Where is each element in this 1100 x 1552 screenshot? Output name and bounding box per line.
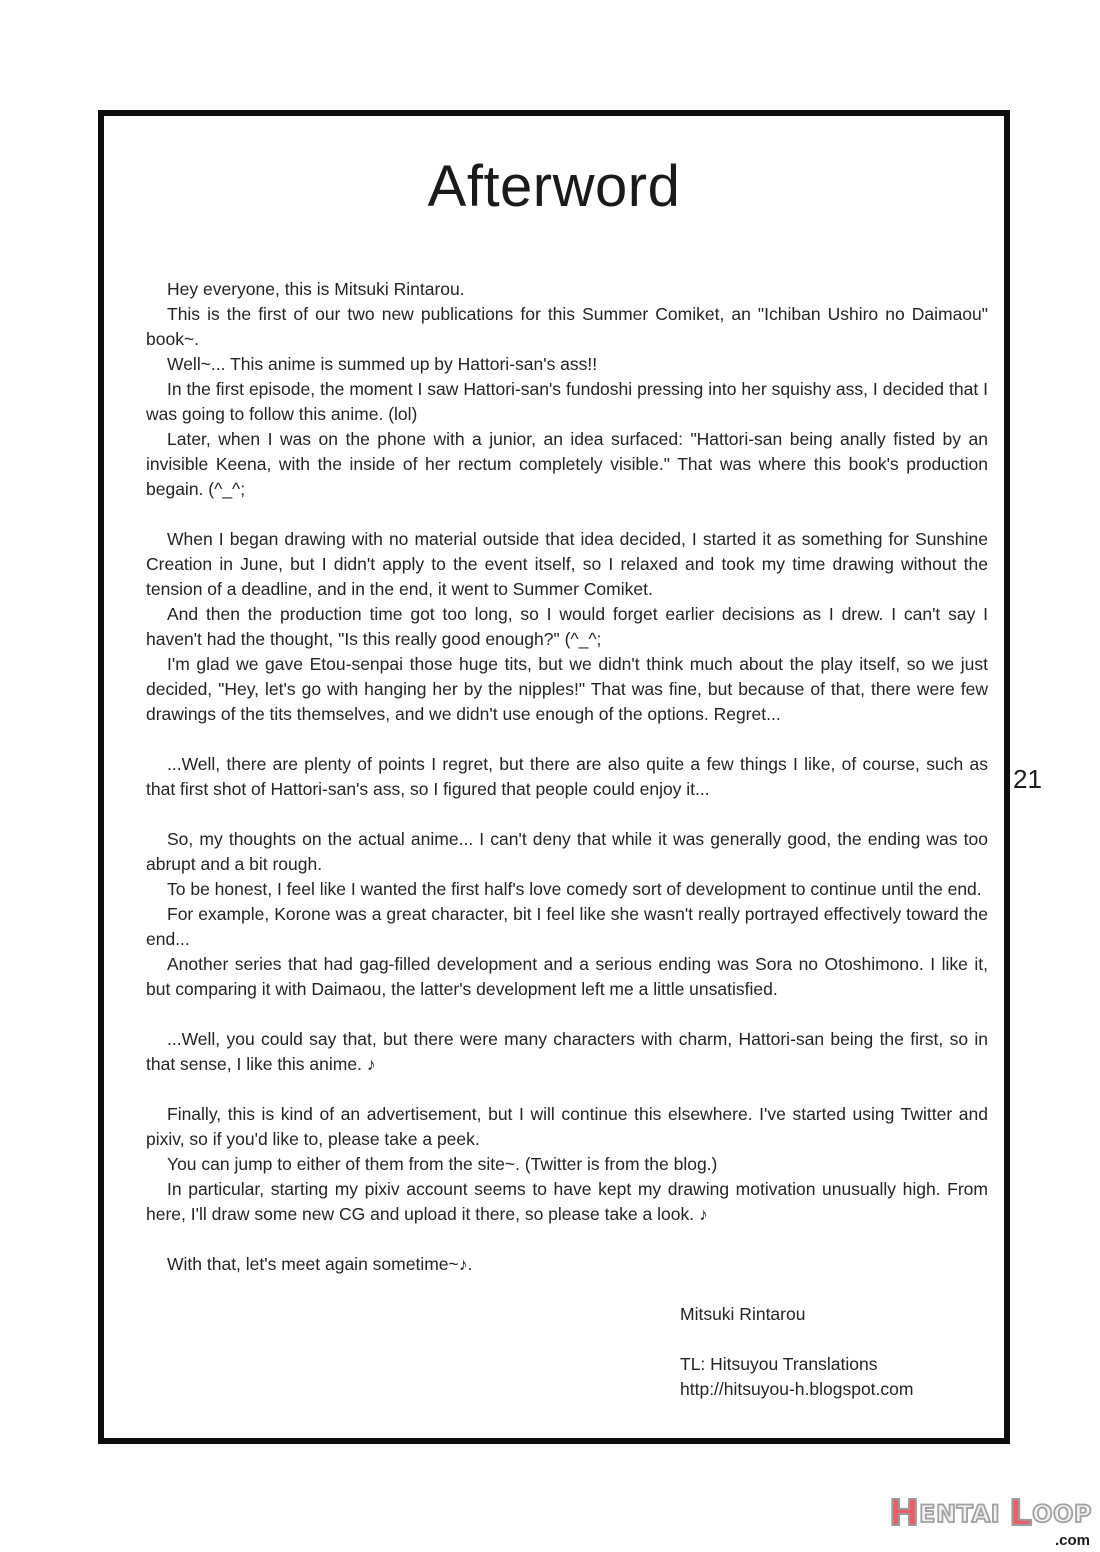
watermark-letter-l: L: [1009, 1496, 1032, 1532]
watermark-text-entai: ENTAI: [919, 1502, 1000, 1526]
paragraph: Another series that had gag-filled devel…: [146, 952, 988, 1002]
watermark-text-oop: OOP: [1032, 1502, 1092, 1526]
paragraph: And then the production time got too lon…: [146, 602, 988, 652]
document-page: Afterword Hey everyone, this is Mitsuki …: [0, 0, 1100, 1552]
page-title: Afterword: [104, 152, 1004, 222]
translator-url: http://hitsuyou-h.blogspot.com: [680, 1377, 989, 1402]
watermark-letter-h: H: [889, 1496, 919, 1532]
page-number: 21: [1013, 766, 1042, 792]
paragraph: Finally, this is kind of an advertisemen…: [146, 1102, 988, 1152]
paragraph: When I began drawing with no material ou…: [146, 527, 988, 602]
paragraph: For example, Korone was a great characte…: [146, 902, 988, 952]
site-watermark: HENTAILOOP .com: [889, 1496, 1092, 1532]
paragraph: In particular, starting my pixiv account…: [146, 1177, 988, 1227]
paragraph: To be honest, I feel like I wanted the f…: [146, 877, 988, 902]
paragraph: ...Well, you could say that, but there w…: [146, 1027, 988, 1077]
paragraph: Well~... This anime is summed up by Hatt…: [146, 352, 988, 377]
author-name: Mitsuki Rintarou: [680, 1302, 989, 1327]
afterword-body: Hey everyone, this is Mitsuki Rintarou.T…: [146, 277, 988, 1277]
paragraph: Hey everyone, this is Mitsuki Rintarou.: [146, 277, 988, 302]
paragraph: With that, let's meet again sometime~♪.: [146, 1252, 988, 1277]
page-border-frame: Afterword Hey everyone, this is Mitsuki …: [98, 110, 1010, 1444]
paragraph: So, my thoughts on the actual anime... I…: [146, 827, 988, 877]
translator-credit: TL: Hitsuyou Translations: [680, 1352, 989, 1377]
paragraph: You can jump to either of them from the …: [146, 1152, 988, 1177]
paragraph: Later, when I was on the phone with a ju…: [146, 427, 988, 502]
watermark-dot-com: .com: [1055, 1533, 1090, 1548]
paragraph: This is the first of our two new publica…: [146, 302, 988, 352]
paragraph: In the first episode, the moment I saw H…: [146, 377, 988, 427]
signature-block: Mitsuki Rintarou TL: Hitsuyou Translatio…: [680, 1302, 989, 1402]
paragraph: ...Well, there are plenty of points I re…: [146, 752, 988, 802]
paragraph: I'm glad we gave Etou-senpai those huge …: [146, 652, 988, 727]
